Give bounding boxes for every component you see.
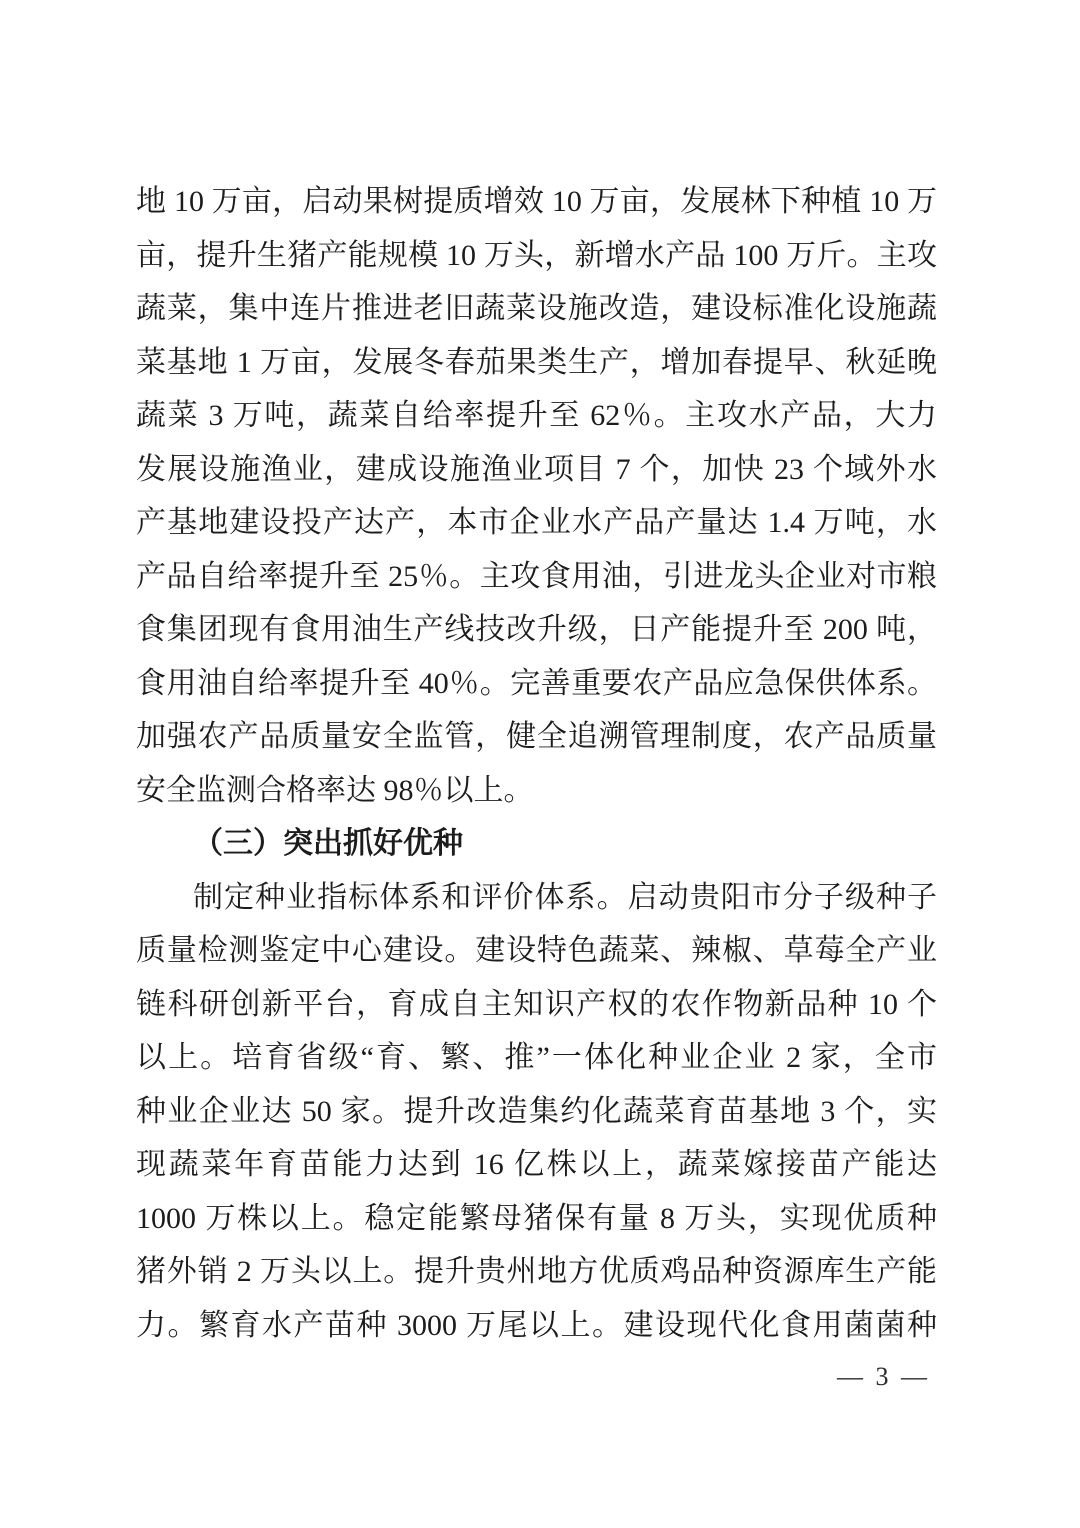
document-page: 地 10 万亩，启动果树提质增效 10 万亩，发展林下种植 10 万亩，提升生猪… <box>0 0 1080 1528</box>
text-line: 产基地建设投产达产，本市企业水产品产量达 1.4 万吨，水 <box>136 496 937 550</box>
text-line: 产品自给率提升至 25％。主攻食用油，引进龙头企业对市粮 <box>136 550 937 604</box>
text-line: 以上。培育省级“育、繁、推”一体化种业企业 2 家，全市 <box>136 1031 937 1085</box>
text-line: 力。繁育水产苗种 3000 万尾以上。建设现代化食用菌菌种 <box>136 1299 937 1353</box>
text-line: 食用油自给率提升至 40％。完善重要农产品应急保供体系。 <box>136 657 937 711</box>
text-line: 菜基地 1 万亩，发展冬春茄果类生产，增加春提早、秋延晚 <box>136 336 937 390</box>
section-heading: （三）突出抓好优种 <box>136 817 937 871</box>
text-line: 猪外销 2 万头以上。提升贵州地方优质鸡品种资源库生产能 <box>136 1245 937 1299</box>
text-line: 质量检测鉴定中心建设。建设特色蔬菜、辣椒、草莓全产业 <box>136 924 937 978</box>
text-line: 加强农产品质量安全监管，健全追溯管理制度，农产品质量 <box>136 710 937 764</box>
text-lines: 地 10 万亩，启动果树提质增效 10 万亩，发展林下种植 10 万亩，提升生猪… <box>136 175 937 1352</box>
text-line: 食集团现有食用油生产线技改升级，日产能提升至 200 吨， <box>136 603 937 657</box>
text-line: 蔬菜，集中连片推进老旧蔬菜设施改造，建设标准化设施蔬 <box>136 282 937 336</box>
text-line: 现蔬菜年育苗能力达到 16 亿株以上，蔬菜嫁接苗产能达 <box>136 1138 937 1192</box>
text-line: 蔬菜 3 万吨，蔬菜自给率提升至 62％。主攻水产品，大力 <box>136 389 937 443</box>
text-line: 制定种业指标体系和评价体系。启动贵阳市分子级种子 <box>136 871 937 925</box>
text-line: 亩，提升生猪产能规模 10 万头，新增水产品 100 万斤。主攻 <box>136 229 937 283</box>
text-line: 1000 万株以上。稳定能繁母猪保有量 8 万头，实现优质种 <box>136 1192 937 1246</box>
text-line: 地 10 万亩，启动果树提质增效 10 万亩，发展林下种植 10 万 <box>136 175 937 229</box>
text-line: 安全监测合格率达 98％以上。 <box>136 764 937 818</box>
text-line: 发展设施渔业，建成设施渔业项目 7 个，加快 23 个域外水 <box>136 443 937 497</box>
text-line: 链科研创新平台，育成自主知识产权的农作物新品种 10 个 <box>136 978 937 1032</box>
page-number: — 3 — <box>837 1362 930 1392</box>
text-line: 种业企业达 50 家。提升改造集约化蔬菜育苗基地 3 个，实 <box>136 1085 937 1139</box>
